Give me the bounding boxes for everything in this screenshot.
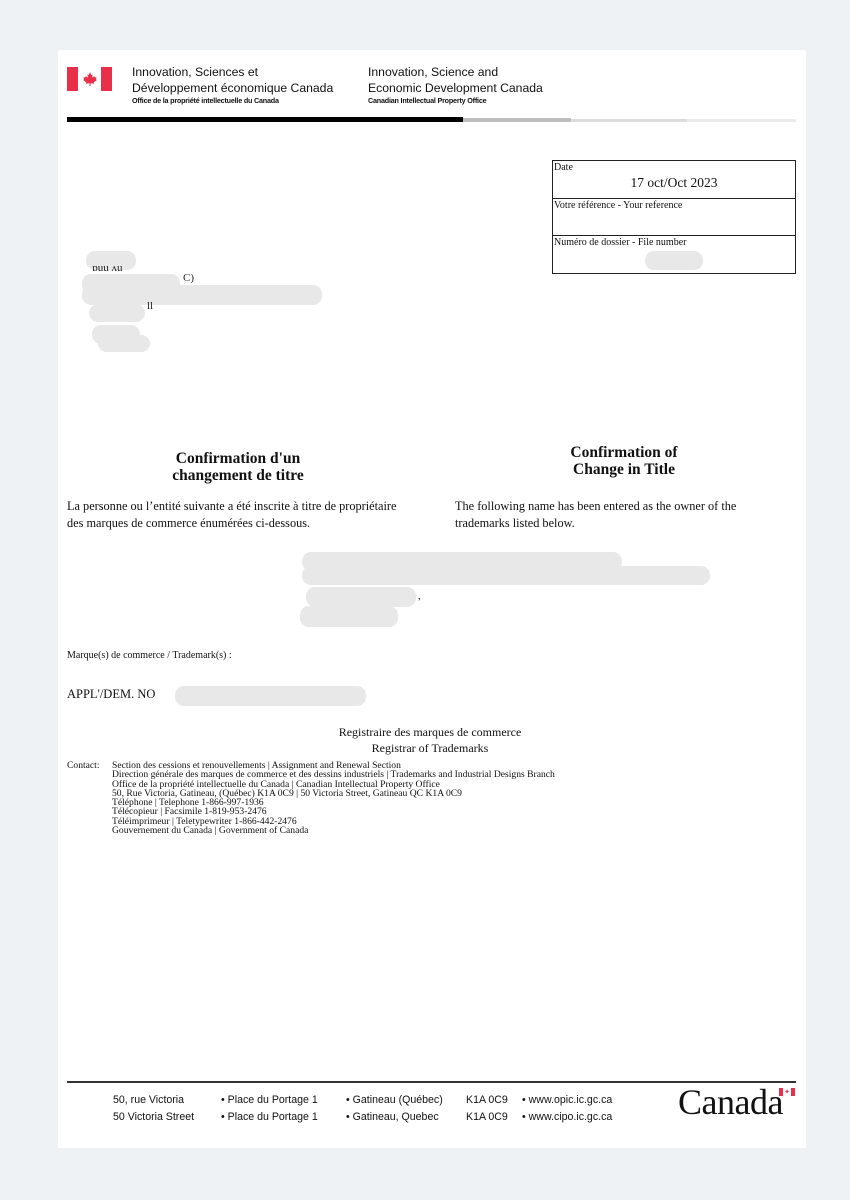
footer-building: • Place du Portage 1	[221, 1092, 346, 1109]
wordmark-flag-icon: ✦	[779, 1088, 795, 1096]
header-rule	[67, 117, 463, 122]
department-name-french: Innovation, Sciences et Développement éc…	[132, 65, 333, 106]
contact-details: Section des cessions et renouvellements …	[112, 761, 555, 835]
title-english-line2: Change in Title	[504, 461, 744, 478]
body-english: The following name has been entered as t…	[455, 498, 780, 532]
footer-city: • Gatineau (Québec)	[346, 1092, 466, 1109]
office-en: Canadian Intellectual Property Office	[368, 96, 543, 106]
office-fr: Office de la propriété intellectuelle du…	[132, 96, 333, 106]
contact-label: Contact:	[67, 761, 100, 770]
footer-postal: K1A 0C9	[466, 1092, 522, 1109]
dept-fr-line1: Innovation, Sciences et	[132, 65, 333, 81]
registrar-en: Registrar of Trademarks	[280, 740, 580, 756]
file-number-cell: Numéro de dossier - File number	[553, 236, 795, 273]
dept-fr-line2: Développement économique Canada	[132, 81, 333, 97]
footer-row-english: 50 Victoria Street• Place du Portage 1• …	[113, 1109, 612, 1126]
file-number-redacted	[645, 251, 703, 270]
file-number-label: Numéro de dossier - File number	[553, 236, 795, 249]
date-cell: Date 17 oct/Oct 2023	[553, 161, 795, 199]
title-english-line1: Confirmation of	[504, 444, 744, 461]
header-rule-gradient-3	[687, 119, 796, 122]
dept-en-line2: Economic Development Canada	[368, 81, 543, 97]
footer-website-link[interactable]: • www.opic.ic.gc.ca	[522, 1092, 612, 1109]
your-reference-cell: Votre référence - Your reference	[553, 199, 795, 236]
letter-page: Innovation, Sciences et Développement éc…	[58, 50, 806, 1148]
footer-street: 50, rue Victoria	[113, 1092, 221, 1109]
dept-en-line1: Innovation, Science and	[368, 65, 543, 81]
contact-line: Gouvernement du Canada | Government of C…	[112, 826, 555, 835]
footer-building: • Place du Portage 1	[221, 1109, 346, 1126]
date-label: Date	[553, 161, 795, 174]
footer-city: • Gatineau, Quebec	[346, 1109, 466, 1126]
title-french-line1: Confirmation d'un	[118, 450, 358, 467]
your-reference-label: Votre référence - Your reference	[553, 199, 795, 212]
footer-address: 50, rue Victoria• Place du Portage 1• Ga…	[113, 1092, 612, 1126]
recipient-address: ɒuu ʌu C) ll	[80, 248, 340, 358]
registrar-signature: Registraire des marques de commerce Regi…	[280, 724, 580, 756]
department-name-english: Innovation, Science and Economic Develop…	[368, 65, 543, 106]
reference-box: Date 17 oct/Oct 2023 Votre référence - Y…	[552, 160, 796, 274]
footer-row-french: 50, rue Victoria• Place du Portage 1• Ga…	[113, 1092, 612, 1109]
owner-fragment: ,	[418, 590, 421, 602]
canada-wordmark: Canada	[678, 1081, 783, 1123]
header-rule-gradient-1	[463, 118, 571, 122]
new-owner-block: ,	[298, 550, 728, 630]
body-french: La personne ou l’entité suivante a été i…	[67, 498, 412, 532]
footer-postal: K1A 0C9	[466, 1109, 522, 1126]
header-rule-gradient-2	[571, 119, 687, 122]
title-french: Confirmation d'un changement de titre	[118, 450, 358, 484]
title-english: Confirmation of Change in Title	[504, 444, 744, 478]
trademarks-label: Marque(s) de commerce / Trademark(s) :	[67, 650, 232, 661]
address-fragment: ll	[147, 300, 153, 312]
date-value: 17 oct/Oct 2023	[553, 175, 795, 191]
application-number-redacted	[175, 686, 366, 706]
registrar-fr: Registraire des marques de commerce	[280, 724, 580, 740]
title-french-line2: changement de titre	[118, 467, 358, 484]
canada-flag-icon	[67, 67, 112, 91]
application-number-label: APPL'/DEM. NO	[67, 687, 155, 702]
footer-website-link[interactable]: • www.cipo.ic.gc.ca	[522, 1109, 612, 1126]
address-fragment: C)	[183, 272, 194, 284]
footer-street: 50 Victoria Street	[113, 1109, 221, 1126]
